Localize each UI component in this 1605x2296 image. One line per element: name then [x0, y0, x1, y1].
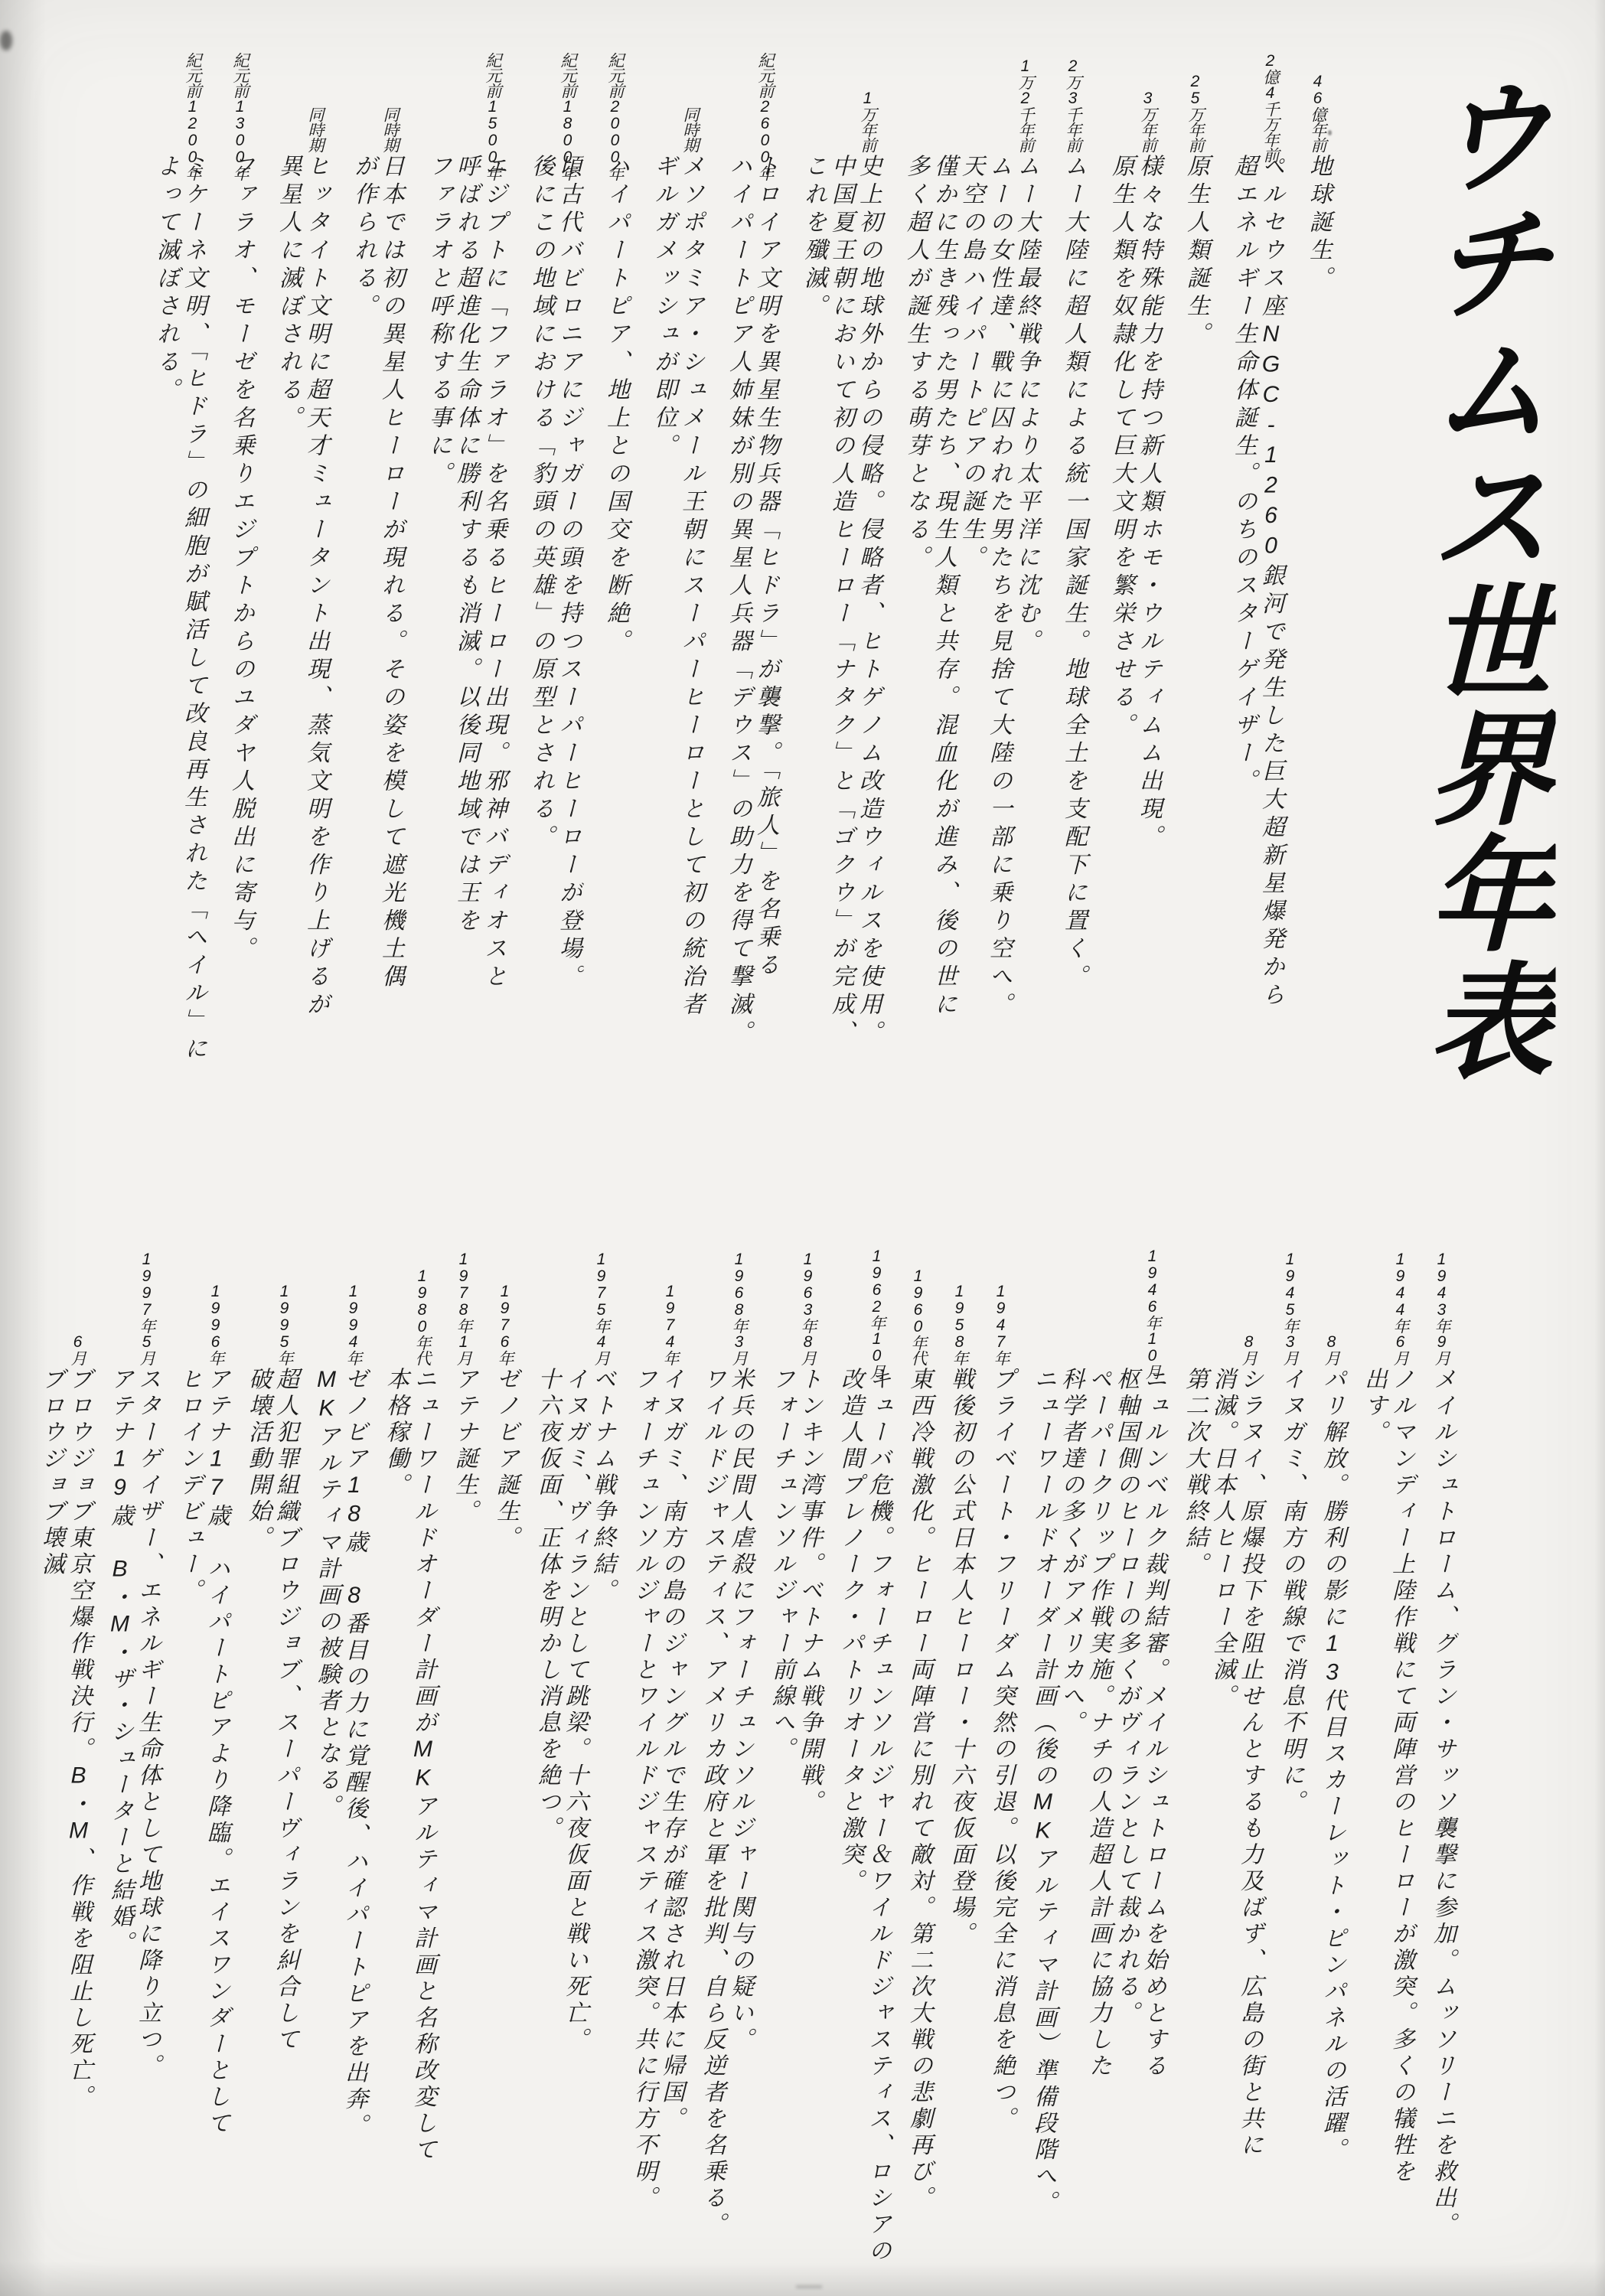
- entry-date-label: 46億年前: [1306, 52, 1329, 152]
- timeline-entry: 1980年代 ニューワールドオーダー計画がMKアルティマ計画と名称改変して 本格…: [381, 1234, 436, 2266]
- entry-date-label: 紀元前1300年: [228, 52, 251, 152]
- timeline-entry: 25万年前 原生人類誕生。: [1182, 46, 1209, 1080]
- entry-date-label: 1995年: [272, 1247, 295, 1365]
- entry-body-text: ゼノビア誕生。: [491, 1367, 519, 2266]
- timeline-entry: 1963年8月 トンキン湾事件。ベトナム戦争開戦。 フォーチュンソルジャー前線へ…: [767, 1234, 822, 2266]
- entry-date-label: 紀元前1500年: [481, 52, 504, 152]
- entry-date-label: 1946年10月: [1140, 1247, 1163, 1365]
- entry-body-text: ハイパートピア、地上との国交を断絶。: [602, 154, 629, 1080]
- entry-date-label: 紀元前2600年: [753, 52, 776, 152]
- timeline-entry: 1万年前 史上初の地球外からの侵略。侵略者、ヒトゲノム改造ウィルスを使用。 中国…: [799, 46, 882, 1080]
- scanned-timeline-page: ウチムス世界年表 46億年前 地球誕生。 2億4千万年前 ペルセウス座NGC-1…: [0, 0, 1605, 2296]
- timeline-entry: 2億4千万年前 ペルセウス座NGC-1260銀河で発生した巨大超新星爆発から 超…: [1229, 46, 1284, 1080]
- entry-body-text: メソポタミア・シュメール王朝にスーパーヒーローとして初の統治者 ギルガメッシュが…: [649, 154, 704, 1080]
- timeline-modern-section: 1943年9月 メイルシュトローム、グラン・サッソ襲撃に参加。ムッソリーニを救出…: [23, 1234, 1456, 2266]
- scan-artifact-left-edge: [0, 0, 46, 2296]
- entry-body-text: アテナ誕生。: [450, 1367, 478, 2266]
- entry-date-label: 1975年4月: [589, 1247, 612, 1365]
- entry-body-text: ムー大陸最終戦争により太平洋に沈む。 ムーの女性達、戰に囚われた男たちを見捨て大…: [902, 154, 1039, 1080]
- page-title: ウチムス世界年表: [1418, 73, 1542, 1083]
- entry-date-label: 同時期: [378, 52, 401, 152]
- entry-body-text: キューバ危機。フォーチュンソルジャー＆ワイルドジャスティス、ロシアの 改造人間プ…: [836, 1367, 891, 2266]
- entry-date-label: 2億4千万年前: [1258, 52, 1281, 152]
- entry-body-text: ニュルンベルク裁判結審。メイルシュトロームを始めとする 枢軸国側のヒーローの多く…: [1029, 1367, 1166, 2266]
- entry-body-text: 頃古代バビロニアにジャガーの頭を持つスーパーヒーローが登場。 後にこの地域におけ…: [527, 154, 582, 1080]
- entry-date-label: 3万年前: [1136, 52, 1159, 152]
- entry-date-label: 1958年: [948, 1247, 971, 1365]
- entry-body-text: イヌガミ、南方の戦線で消息不明に。: [1277, 1367, 1304, 2266]
- scan-artifact-corner-spot: [0, 31, 12, 51]
- entry-date-label: 1978年1月: [452, 1247, 475, 1365]
- timeline-entry: 8月 シラヌイ、原爆投下を阻止せんとするも力及ばず、広島の街と共に 消滅。日本人…: [1180, 1234, 1263, 2266]
- timeline-entry: 紀元前1800年 頃古代バビロニアにジャガーの頭を持つスーパーヒーローが登場。 …: [527, 46, 582, 1080]
- entry-body-text: プライベート・フリーダム突然の引退。以後完全に消息を絶つ。: [987, 1367, 1015, 2266]
- entry-date-label: 1976年: [493, 1247, 516, 1365]
- entry-body-text: 史上初の地球外からの侵略。侵略者、ヒトゲノム改造ウィルスを使用。 中国夏王朝にお…: [799, 154, 882, 1080]
- timeline-entry: 2万3千年前 ムー大陸に超人類による統一国家誕生。地球全土を支配下に置く。: [1059, 46, 1087, 1080]
- timeline-entry: 1960年代 東西冷戦激化。ヒーロー両陣営に別れて敵対。第二次大戦の悲劇再び。: [905, 1234, 932, 2266]
- entry-date-label: 同時期: [303, 52, 326, 152]
- entry-date-label: 同時期: [678, 52, 701, 152]
- entry-body-text: ニューワールドオーダー計画がMKアルティマ計画と名称改変して 本格稼働。: [381, 1367, 436, 2266]
- timeline-entry: 同時期 ヒッタイト文明に超天才ミュータント出現、蒸気文明を作り上げるが 異星人に…: [274, 46, 329, 1080]
- timeline-entry: 1978年1月 アテナ誕生。: [450, 1234, 478, 2266]
- entry-date-label: 1962年10月: [865, 1247, 888, 1365]
- timeline-entry: 紀元前1200年 ミケーネ文明、「ヒドラ」の細胞が賦活して改良再生された「ヘイル…: [152, 46, 207, 1080]
- entry-body-text: メイルシュトローム、グラン・サッソ襲撃に参加。ムッソリーニを救出。: [1428, 1367, 1456, 2266]
- entry-body-text: 地球誕生。: [1304, 154, 1332, 1080]
- timeline-entry: 46億年前 地球誕生。: [1304, 46, 1332, 1080]
- entry-body-text: 米兵の民間人虐殺にフォーチュンソルジャー関与の疑い。 ワイルドジャスティス、アメ…: [698, 1367, 753, 2266]
- timeline-entry: 1997年5月 スターゲイザー、エネルギー生命体として地球に降り立つ。 アテナ1…: [106, 1234, 161, 2266]
- entry-date-label: 紀元前1800年: [556, 52, 579, 152]
- entry-date-label: 1943年9月: [1430, 1247, 1453, 1365]
- entry-date-label: 1万年前: [856, 52, 879, 152]
- entry-body-text: イヌガミ、南方の島のジャングルで生存が確認され日本に帰国。 フォーチュンソルジャ…: [629, 1367, 684, 2266]
- scan-artifact-speck: [796, 2285, 822, 2288]
- timeline-entry: 1995年 超人犯罪組織ブロウジョブ、スーパーヴィランを糾合して 破壊活動開始。: [243, 1234, 298, 2266]
- timeline-entry: 1958年 戦後初の公式日本人ヒーロー・十六夜仮面登場。: [946, 1234, 974, 2266]
- scan-artifact-speck: [1328, 130, 1332, 135]
- entry-body-text: スターゲイザー、エネルギー生命体として地球に降り立つ。 アテナ19歳 B・M・ザ…: [106, 1367, 161, 2266]
- entry-date-label: 2万3千年前: [1061, 52, 1084, 152]
- timeline-entry: 1947年 プライベート・フリーダム突然の引退。以後完全に消息を絶つ。: [987, 1234, 1015, 2266]
- entry-date-label: 1994年: [341, 1247, 364, 1365]
- entry-date-label: 1996年: [204, 1247, 227, 1365]
- entry-body-text: 超人犯罪組織ブロウジョブ、スーパーヴィランを糾合して 破壊活動開始。: [243, 1367, 298, 2266]
- entry-body-text: 様々な特殊能力を持つ新人類ホモ・ウルティムム出現。 原生人類を奴隷化して巨大文明…: [1107, 154, 1162, 1080]
- timeline-entry: 紀元前1500年 エジプトに「ファラオ」を名乗るヒーロー出現。邪神バディオスと …: [424, 46, 507, 1080]
- timeline-entry: 1944年6月 ノルマンディー上陸作戦にて両陣営のヒーローが激突。多くの犠牲を …: [1359, 1234, 1414, 2266]
- entry-date-label: 1980年代: [410, 1247, 433, 1365]
- entry-body-text: 日本では初の異星人ヒーローが現れる。その姿を模して遮光機土偶 が作られる。: [349, 154, 404, 1080]
- scan-artifact-right-edge: [1594, 0, 1605, 2296]
- timeline-entry: 1962年10月 キューバ危機。フォーチュンソルジャー＆ワイルドジャスティス、ロ…: [836, 1234, 891, 2266]
- timeline-entry: 紀元前1300年 ファラオ、モーゼを名乗りエジプトからのユダヤ人脱出に寄与。: [227, 46, 254, 1080]
- timeline-entry: 1974年 イヌガミ、南方の島のジャングルで生存が確認され日本に帰国。 フォーチ…: [629, 1234, 684, 2266]
- timeline-entry: 1943年9月 メイルシュトローム、グラン・サッソ襲撃に参加。ムッソリーニを救出…: [1428, 1234, 1456, 2266]
- entry-body-text: 戦後初の公式日本人ヒーロー・十六夜仮面登場。: [946, 1367, 974, 2266]
- entry-body-text: ペルセウス座NGC-1260銀河で発生した巨大超新星爆発から 超エネルギー生命体…: [1229, 154, 1284, 1080]
- entry-body-text: エジプトに「ファラオ」を名乗るヒーロー出現。邪神バディオスと 呼ばれる超進化生命…: [424, 154, 507, 1080]
- timeline-entry: 1946年10月 ニュルンベルク裁判結審。メイルシュトロームを始めとする 枢軸国…: [1029, 1234, 1166, 2266]
- entry-date-label: 紀元前1200年: [181, 52, 204, 152]
- timeline-entry: 1976年 ゼノビア誕生。: [491, 1234, 519, 2266]
- entry-body-text: ミケーネ文明、「ヒドラ」の細胞が賦活して改良再生された「ヘイル」に よって滅ぼさ…: [152, 154, 207, 1080]
- entry-body-text: トンキン湾事件。ベトナム戦争開戦。 フォーチュンソルジャー前線へ。: [767, 1367, 822, 2266]
- entry-body-text: シラヌイ、原爆投下を阻止せんとするも力及ばず、広島の街と共に 消滅。日本人ヒーロ…: [1180, 1367, 1263, 2266]
- entry-date-label: 25万年前: [1183, 52, 1206, 152]
- entry-date-label: 1947年: [989, 1247, 1012, 1365]
- timeline-entry: 1996年 アテナ17歳 ハイパートピアより降臨。エイスワンダーとして ヒロイン…: [175, 1234, 230, 2266]
- entry-body-text: トロイア文明を異星生物兵器「ヒドラ」が襲撃。「旅人」を名乗る ハイパートピア人姉…: [724, 154, 779, 1080]
- entry-date-label: 1963年8月: [796, 1247, 819, 1365]
- entry-date-label: 1974年: [658, 1247, 681, 1365]
- scan-artifact-bottom-edge: [0, 2262, 1605, 2296]
- entry-date-label: 8月: [1237, 1247, 1260, 1365]
- entry-date-label: 8月: [1320, 1247, 1342, 1365]
- entry-body-text: アテナ17歳 ハイパートピアより降臨。エイスワンダーとして ヒロインデビュー。: [175, 1367, 230, 2266]
- entry-body-text: ファラオ、モーゼを名乗りエジプトからのユダヤ人脱出に寄与。: [227, 154, 254, 1080]
- entry-body-text: ムー大陸に超人類による統一国家誕生。地球全土を支配下に置く。: [1059, 154, 1087, 1080]
- entry-body-text: 原生人類誕生。: [1182, 154, 1209, 1080]
- entry-date-label: 1万2千年前: [1013, 52, 1036, 152]
- timeline-entry: 同時期 日本では初の異星人ヒーローが現れる。その姿を模して遮光機土偶 が作られる…: [349, 46, 404, 1080]
- timeline-entry: 紀元前2600年 トロイア文明を異星生物兵器「ヒドラ」が襲撃。「旅人」を名乗る …: [724, 46, 779, 1080]
- entry-date-label: 1944年6月: [1388, 1247, 1411, 1365]
- timeline-entry: 1975年4月 ベトナム戦争終結。 イヌガミ、ヴィランとして跳梁。十六夜仮面と戦…: [533, 1234, 615, 2266]
- timeline-entry: 同時期 メソポタミア・シュメール王朝にスーパーヒーローとして初の統治者 ギルガメ…: [649, 46, 704, 1080]
- timeline-entry: 3万年前 様々な特殊能力を持つ新人類ホモ・ウルティムム出現。 原生人類を奴隷化し…: [1107, 46, 1162, 1080]
- timeline-entry: 8月 パリ解放。勝利の影に13代目スカーレット・ピンパネルの活躍。: [1318, 1234, 1346, 2266]
- entry-date-label: 紀元前2000年: [603, 52, 626, 152]
- timeline-entry: 紀元前2000年 ハイパートピア、地上との国交を断絶。: [602, 46, 629, 1080]
- entry-date-label: 1997年5月: [135, 1247, 158, 1365]
- entry-date-label: 1968年3月: [727, 1247, 750, 1365]
- entry-body-text: ノルマンディー上陸作戦にて両陣営のヒーローが激突。多くの犠牲を 出す。: [1359, 1367, 1414, 2266]
- entry-body-text: パリ解放。勝利の影に13代目スカーレット・ピンパネルの活躍。: [1318, 1367, 1346, 2266]
- timeline-entry: 1945年3月 イヌガミ、南方の戦線で消息不明に。: [1277, 1234, 1304, 2266]
- entry-date-label: 1945年3月: [1278, 1247, 1301, 1365]
- entry-date-label: 6月: [66, 1247, 89, 1365]
- entry-body-text: ゼノビア18歳 8番目の力に覚醒後、ハイパートピアを出奔。 MKアルティマ計画の…: [312, 1367, 367, 2266]
- entry-body-text: 東西冷戦激化。ヒーロー両陣営に別れて敵対。第二次大戦の悲劇再び。: [905, 1367, 932, 2266]
- timeline-entry: 1994年 ゼノビア18歳 8番目の力に覚醒後、ハイパートピアを出奔。 MKアル…: [312, 1234, 367, 2266]
- timeline-ancient-section: 46億年前 地球誕生。 2億4千万年前 ペルセウス座NGC-1260銀河で発生し…: [132, 46, 1332, 1080]
- timeline-entry: 1万2千年前 ムー大陸最終戦争により太平洋に沈む。 ムーの女性達、戰に囚われた男…: [902, 46, 1039, 1080]
- entry-body-text: ヒッタイト文明に超天才ミュータント出現、蒸気文明を作り上げるが 異星人に滅ぼされ…: [274, 154, 329, 1080]
- timeline-entry: 1968年3月 米兵の民間人虐殺にフォーチュンソルジャー関与の疑い。 ワイルドジ…: [698, 1234, 753, 2266]
- entry-body-text: ベトナム戦争終結。 イヌガミ、ヴィランとして跳梁。十六夜仮面と戦い死亡。 十六夜…: [533, 1367, 615, 2266]
- entry-date-label: 1960年代: [906, 1247, 929, 1365]
